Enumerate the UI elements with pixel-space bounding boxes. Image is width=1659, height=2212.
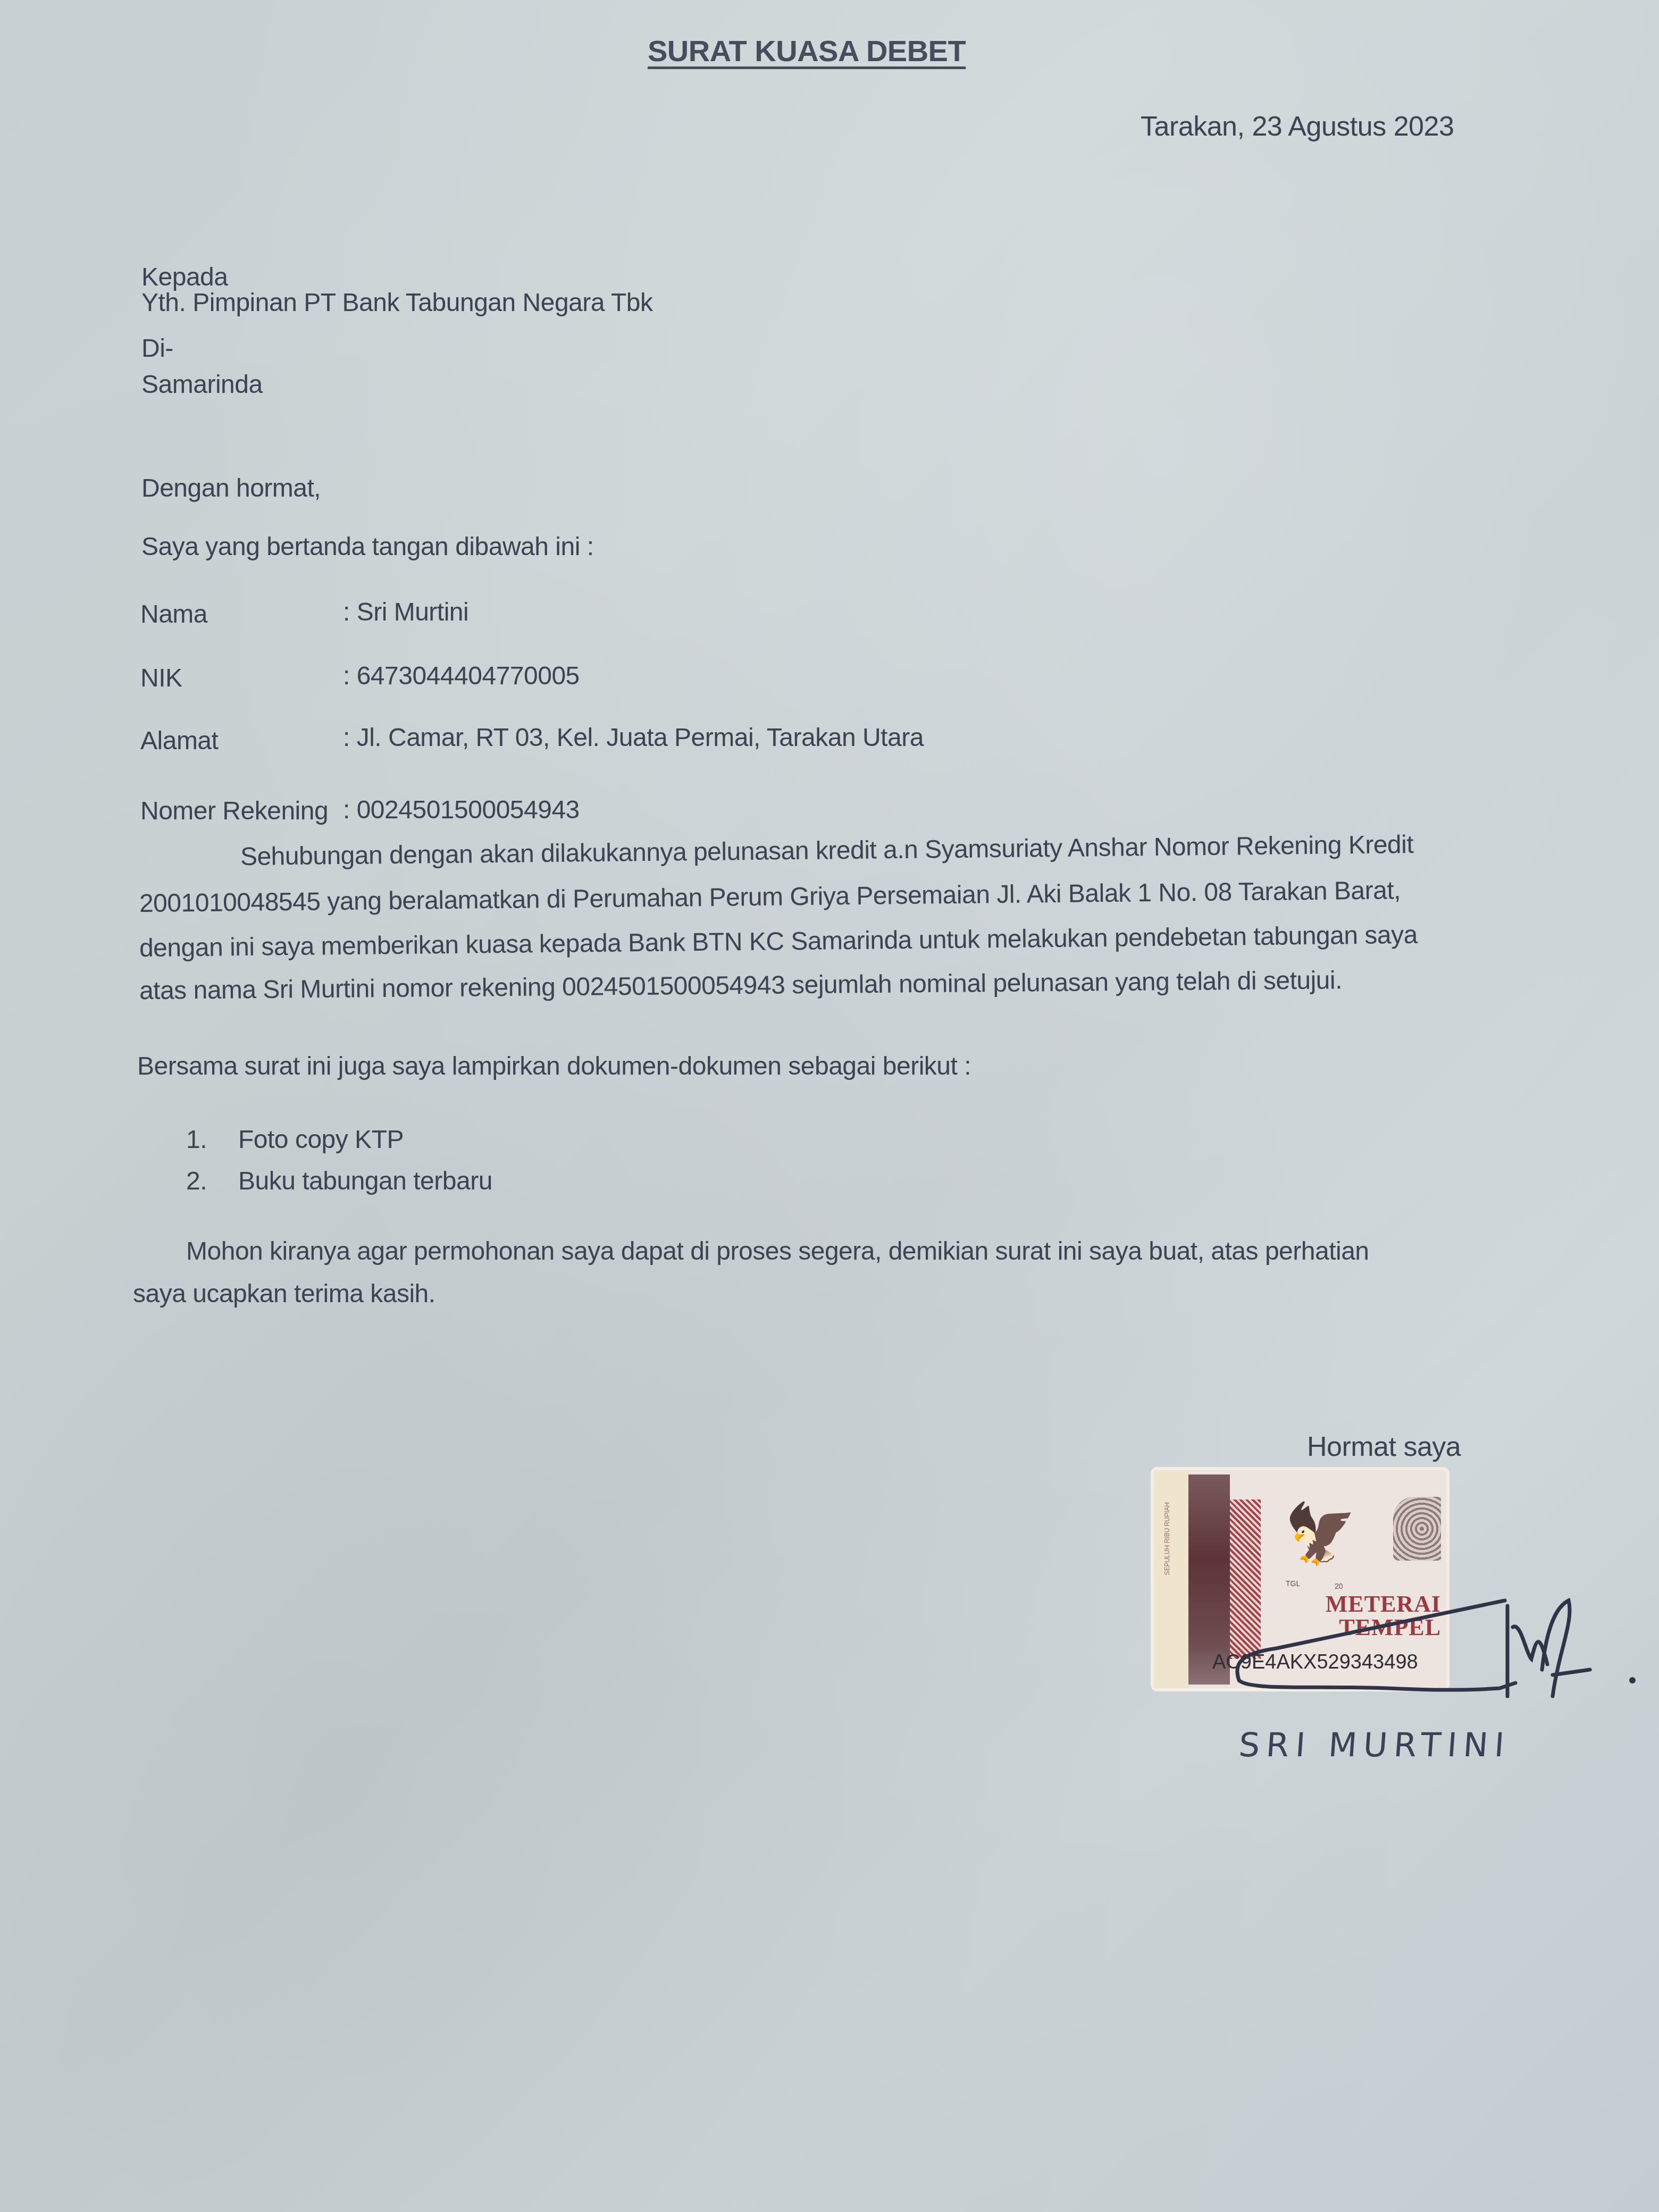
handwritten-name: SRI MURTINI [1237,1725,1512,1764]
place-date: Tarakan, 23 Agustus 2023 [1141,113,1454,140]
field-value-nik: : 6473044404770005 [343,664,580,689]
garuda-emblem-icon: 🦅 [1284,1499,1348,1569]
closing-line-1: Mohon kiranya agar permohonan saya dapat… [186,1239,1369,1264]
stamp-side-text: SEPULUH RIBU RUPIAH [1163,1502,1171,1575]
field-value-nama: : Sri Murtini [343,600,468,625]
closing-salutation: Hormat saya [1307,1433,1461,1461]
field-label-alamat: Alamat [140,728,218,754]
attachment-number: 2. [186,1169,207,1194]
field-value-rekening: : 0024501500054943 [343,798,580,823]
field-value-alamat: : Jl. Camar, RT 03, Kel. Juata Permai, T… [343,725,924,751]
recipient-line-2: Yth. Pimpinan PT Bank Tabungan Negara Tb… [141,290,652,316]
attachment-item: Foto copy KTP [238,1127,404,1153]
salutation: Dengan hormat, [141,476,321,501]
stamp-margin [1154,1470,1188,1688]
recipient-line-4: Samarinda [141,372,263,398]
ornament-pattern [1393,1497,1441,1561]
attachment-number: 1. [186,1127,207,1153]
field-label-nik: NIK [140,666,182,691]
intro-line: Saya yang bertanda tangan dibawah ini : [141,534,593,560]
paper-sheet [0,0,1659,2212]
stamp-tgl-label: TGL [1286,1579,1300,1588]
stamp-year-prefix: 20 [1335,1582,1343,1590]
closing-line-2: saya ucapkan terima kasih. [133,1281,435,1307]
attachments-intro: Bersama surat ini juga saya lampirkan do… [137,1054,971,1079]
document-title: SURAT KUASA DEBET [648,36,966,66]
recipient-line-3: Di- [141,336,173,362]
attachment-item: Buku tabungan terbaru [238,1169,492,1194]
handwritten-signature [1186,1590,1659,1717]
field-label-rekening: Nomer Rekening [140,799,328,824]
field-label-nama: Nama [140,602,207,627]
recipient-line-1: Kepada [141,265,228,290]
